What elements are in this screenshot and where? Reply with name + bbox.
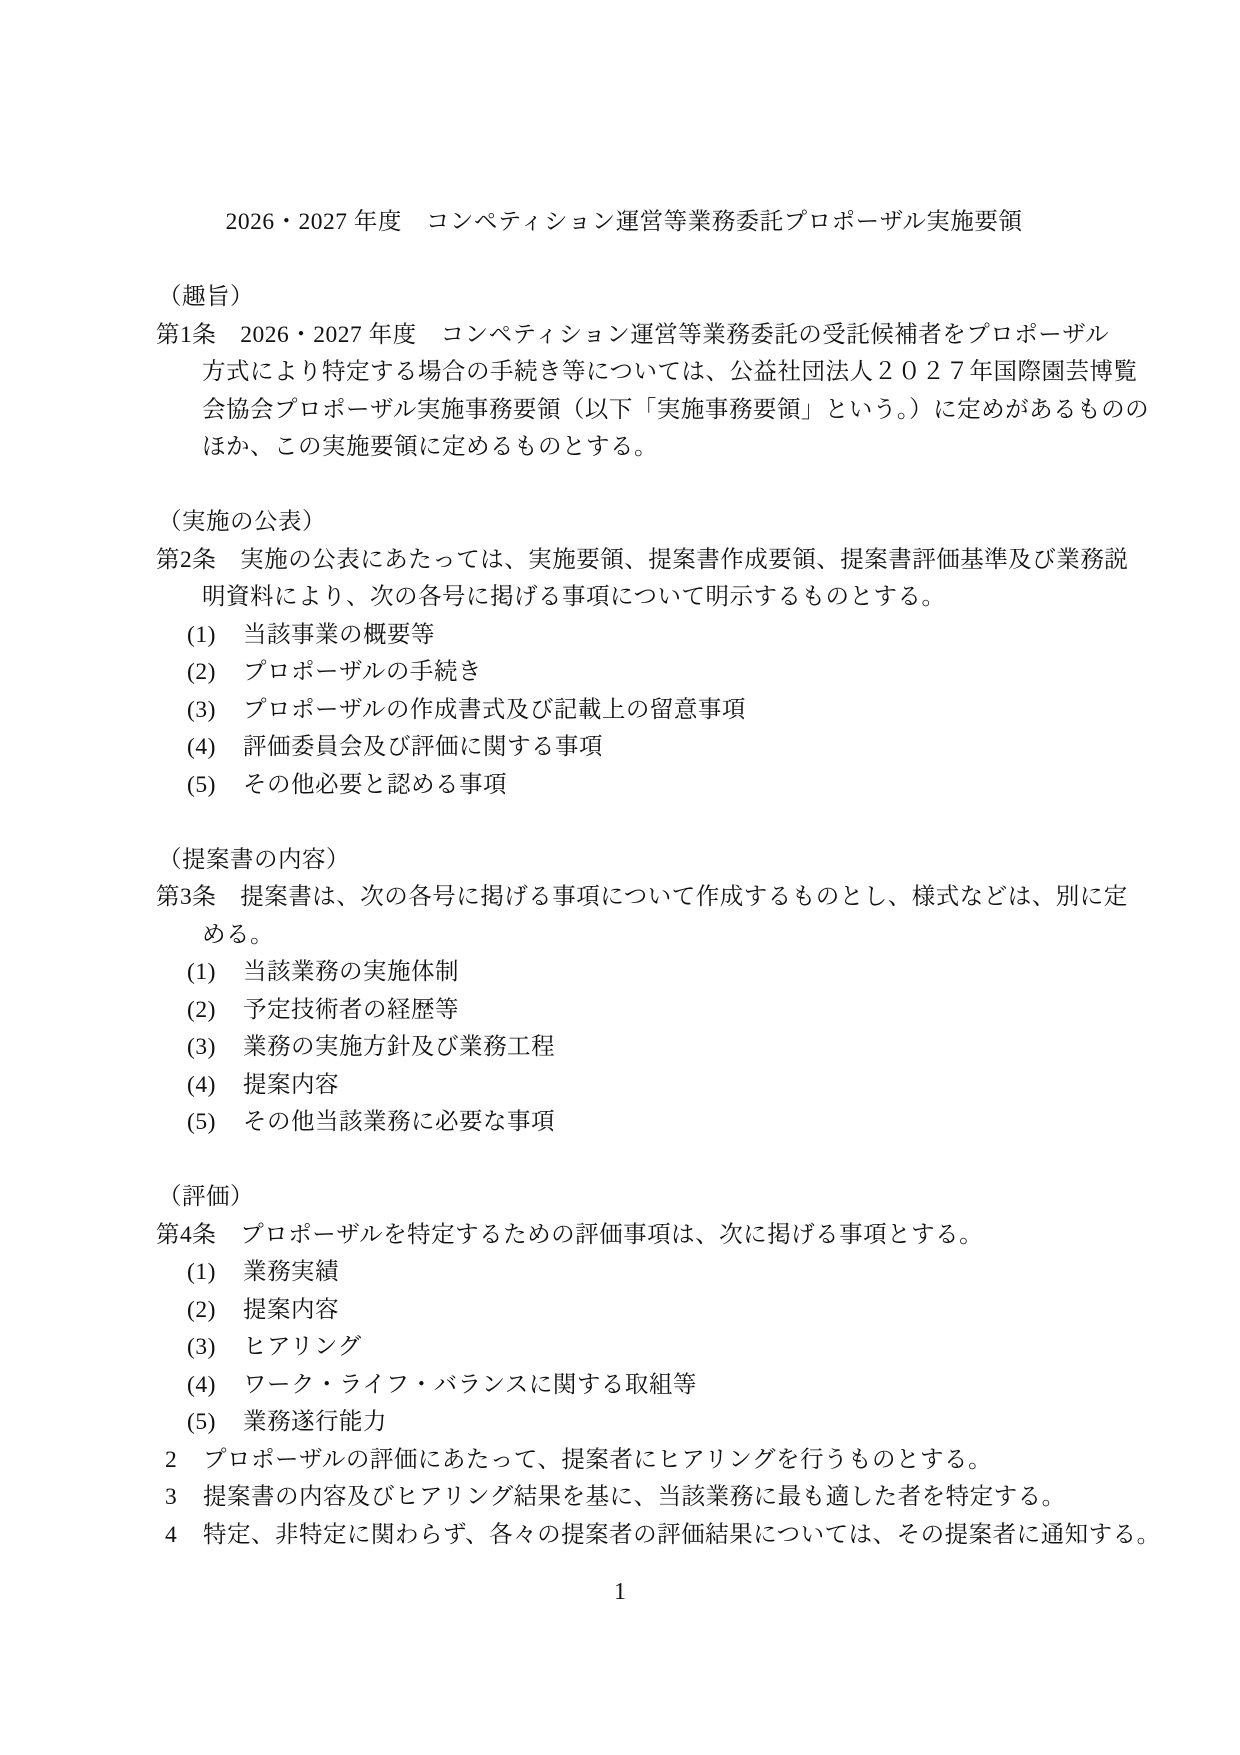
list-item-number: (4) xyxy=(187,1367,243,1405)
spacer xyxy=(156,804,1092,842)
list-item-number: (1) xyxy=(187,1254,243,1292)
list-item: (1)当該事業の概要等 xyxy=(156,617,1092,655)
document-page: 2026・2027 年度 コンペティション運営等業務委託プロポーザル実施要領 （… xyxy=(0,0,1240,1755)
list-item-number: (4) xyxy=(187,729,243,767)
article-line: 第4条 プロポーザルを特定するための評価事項は、次に掲げる事項とする。 xyxy=(156,1217,1092,1255)
section-heading-shushi: （趣旨） xyxy=(156,279,1092,317)
list-item-number: (5) xyxy=(187,1104,243,1142)
list-item: (5)その他当該業務に必要な事項 xyxy=(156,1104,1092,1142)
list-item-number: (3) xyxy=(187,1029,243,1067)
list-item-text: プロポーザルの手続き xyxy=(243,659,482,685)
section-heading-teiansho-no-naiyo: （提案書の内容） xyxy=(156,842,1092,880)
list-item-text: ワーク・ライフ・バランスに関する取組等 xyxy=(243,1372,697,1398)
list-item-number: (1) xyxy=(187,617,243,655)
list-item: (4)ワーク・ライフ・バランスに関する取組等 xyxy=(156,1367,1092,1405)
list-item: (3)ヒアリング xyxy=(156,1329,1092,1367)
article-line: 第3条 提案書は、次の各号に掲げる事項について作成するものとし、様式などは、別に… xyxy=(156,879,1092,917)
list-item-text: 当該事業の概要等 xyxy=(243,622,435,648)
article-line: 会協会プロポーザル実施事務要領（以下「実施事務要領」という。）に定めがあるものの xyxy=(156,392,1092,430)
article-paragraph: 4特定、非特定に関わらず、各々の提案者の評価結果については、その提案者に通知する… xyxy=(156,1517,1092,1555)
article-line: ほか、この実施要領に定めるものとする。 xyxy=(156,429,1092,467)
list-item-text: ヒアリング xyxy=(243,1334,362,1360)
list-item: (3)業務の実施方針及び業務工程 xyxy=(156,1029,1092,1067)
list-item-text: 提案内容 xyxy=(243,1297,339,1323)
page-number: 1 xyxy=(0,1574,1240,1612)
document-title: 2026・2027 年度 コンペティション運営等業務委託プロポーザル実施要領 xyxy=(156,204,1092,242)
list-item-number: (2) xyxy=(187,992,243,1030)
list-item: (5)その他必要と認める事項 xyxy=(156,767,1092,805)
list-item-text: その他当該業務に必要な事項 xyxy=(243,1109,555,1135)
section-heading-jisshi-no-kohyo: （実施の公表） xyxy=(156,504,1092,542)
spacer xyxy=(156,467,1092,505)
article-paragraph: 2プロポーザルの評価にあたって、提案者にヒアリングを行うものとする。 xyxy=(156,1442,1092,1480)
list-item-text: 予定技術者の経歴等 xyxy=(243,997,459,1023)
list-item: (2)提案内容 xyxy=(156,1292,1092,1330)
list-item-text: プロポーザルの作成書式及び記載上の留意事項 xyxy=(243,697,746,723)
section-heading-hyoka: （評価） xyxy=(156,1179,1092,1217)
paragraph-text: プロポーザルの評価にあたって、提案者にヒアリングを行うものとする。 xyxy=(203,1447,992,1473)
article-line: 明資料により、次の各号に掲げる事項について明示するものとする。 xyxy=(156,579,1092,617)
list-item-text: 評価委員会及び評価に関する事項 xyxy=(243,734,603,760)
paragraph-number: 2 xyxy=(165,1442,203,1480)
list-item-text: 業務遂行能力 xyxy=(243,1409,387,1435)
list-item-text: 提案内容 xyxy=(243,1072,339,1098)
list-item-number: (1) xyxy=(187,954,243,992)
list-item-number: (3) xyxy=(187,1329,243,1367)
list-item: (5)業務遂行能力 xyxy=(156,1404,1092,1442)
list-item-text: 業務の実施方針及び業務工程 xyxy=(243,1034,555,1060)
paragraph-number: 3 xyxy=(165,1479,203,1517)
article-line: 第1条 2026・2027 年度 コンペティション運営等業務委託の受託候補者をプ… xyxy=(156,317,1092,355)
list-item-number: (5) xyxy=(187,767,243,805)
article-paragraph: 3提案書の内容及びヒアリング結果を基に、当該業務に最も適した者を特定する。 xyxy=(156,1479,1092,1517)
list-item-text: 当該業務の実施体制 xyxy=(243,959,459,985)
list-item-text: 業務実績 xyxy=(243,1259,339,1285)
list-item-number: (4) xyxy=(187,1067,243,1105)
list-item: (1)当該業務の実施体制 xyxy=(156,954,1092,992)
paragraph-text: 特定、非特定に関わらず、各々の提案者の評価結果については、その提案者に通知する。 xyxy=(203,1522,1161,1548)
spacer xyxy=(156,242,1092,280)
spacer xyxy=(156,1142,1092,1180)
list-item-number: (5) xyxy=(187,1404,243,1442)
list-item-text: その他必要と認める事項 xyxy=(243,772,507,798)
document-body: 2026・2027 年度 コンペティション運営等業務委託プロポーザル実施要領 （… xyxy=(156,204,1092,1554)
list-item: (2)予定技術者の経歴等 xyxy=(156,992,1092,1030)
article-line: 第2条 実施の公表にあたっては、実施要領、提案書作成要領、提案書評価基準及び業務… xyxy=(156,542,1092,580)
paragraph-text: 提案書の内容及びヒアリング結果を基に、当該業務に最も適した者を特定する。 xyxy=(203,1484,1066,1510)
list-item: (3)プロポーザルの作成書式及び記載上の留意事項 xyxy=(156,692,1092,730)
article-line: 方式により特定する場合の手続き等については、公益社団法人２０２７年国際園芸博覧 xyxy=(156,354,1092,392)
list-item-number: (2) xyxy=(187,1292,243,1330)
article-line: める。 xyxy=(156,917,1092,955)
list-item-number: (3) xyxy=(187,692,243,730)
list-item: (1)業務実績 xyxy=(156,1254,1092,1292)
list-item: (4)評価委員会及び評価に関する事項 xyxy=(156,729,1092,767)
paragraph-number: 4 xyxy=(165,1517,203,1555)
list-item-number: (2) xyxy=(187,654,243,692)
list-item: (4)提案内容 xyxy=(156,1067,1092,1105)
list-item: (2)プロポーザルの手続き xyxy=(156,654,1092,692)
